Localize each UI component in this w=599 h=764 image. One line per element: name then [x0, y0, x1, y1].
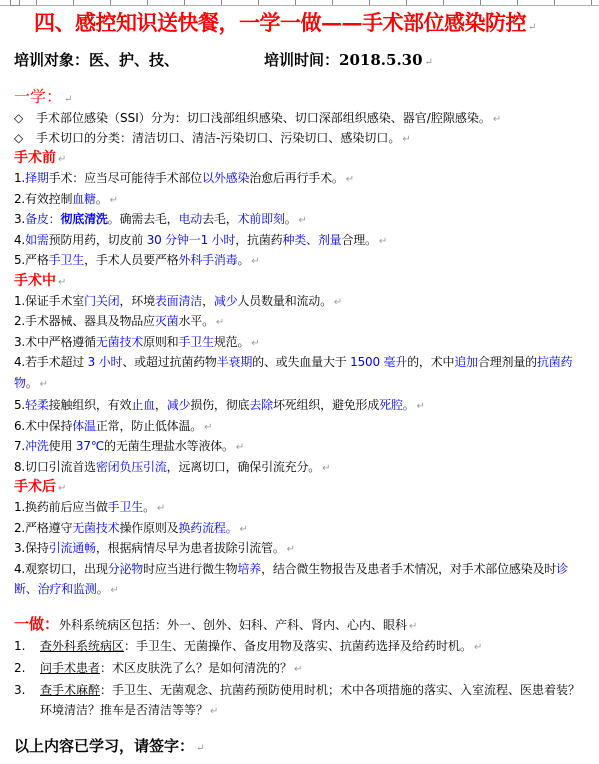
item-text: 治愈后再行手术。 — [249, 171, 343, 185]
highlight-text: 备皮： — [25, 212, 60, 226]
highlight-text: 密闭负压引流 — [96, 460, 167, 474]
item-text: ，根据病情尽早为患者拔除引流管。 — [96, 541, 285, 555]
item-text: 接触组织，有效 — [49, 398, 132, 412]
document-page: 四、感控知识送快餐，一学一做——手术部位感染防控↵ 培训对象：医、护、技、培训时… — [14, 8, 594, 758]
highlight-text: 彻底清洗 — [60, 212, 107, 226]
item-text: 坏死组织，避免形成 — [273, 398, 379, 412]
paragraph-mark-icon: ↵ — [110, 195, 118, 206]
item-text: 使用 — [49, 439, 76, 453]
post-op-list: 1.换药前后应当做手卫生。↵2.严格遵守无菌技术操作原则及换药流程。↵3.保持引… — [14, 497, 594, 602]
item-text: ，抗菌药 — [235, 233, 282, 247]
paragraph-mark-icon: ↵ — [210, 706, 218, 717]
do-list: 1.查外科系统病区：手卫生、无菌操作、备皮用物及落实、抗菌药选择及给药时机。↵2… — [14, 636, 594, 722]
item-number: 2. — [14, 658, 40, 680]
highlight-text: 止血 — [131, 398, 155, 412]
intra-op-heading-text: 手术中 — [14, 273, 56, 289]
paragraph-mark-icon: ↵ — [299, 215, 307, 226]
paragraph-mark-icon: ↵ — [402, 134, 410, 145]
item-text: ，手术人员要严格 — [84, 253, 178, 267]
list-item: 4.如需预防用药，切皮前 30 分钟一1 小时，抗菌药种类、剂量合理。↵ — [14, 230, 594, 251]
item-text: 手术：应当尽可能待手术部位 — [49, 171, 202, 185]
highlight-text: 3 小时 — [88, 355, 123, 369]
learn-bullet: ◇手术部位感染（SSI）分为：切口浅部组织感染、切口深部组织感染、器官/腔隙感染… — [14, 108, 594, 128]
item-text: ，结合微生物报告及患者手术情况，对手术部位感染及时 — [261, 562, 556, 576]
item-text: 1.保证手术室 — [14, 294, 84, 308]
item-text: 。 — [285, 212, 297, 226]
item-number: 1. — [14, 636, 40, 658]
item-text: 4.观察切口，出现 — [14, 562, 108, 576]
paragraph-mark-icon: ↵ — [251, 338, 259, 349]
highlight-text: 冲洗 — [25, 439, 49, 453]
pre-op-heading-text: 手术前 — [14, 150, 56, 166]
item-text: 时应当进行微生物 — [143, 562, 237, 576]
highlight-text: 表面清洁 — [155, 294, 202, 308]
item-text: 3.保持 — [14, 541, 49, 555]
highlight-text: 灭菌 — [155, 314, 179, 328]
highlight-text: 1500 毫升 — [350, 355, 407, 369]
signature-prompt: 以上内容已学习，请签字：↵ — [14, 734, 594, 758]
highlight-text: 死腔。 — [379, 398, 414, 412]
item-text: 合理剂量的 — [478, 355, 537, 369]
paragraph-mark-icon: ↵ — [322, 463, 330, 474]
highlight-text: 无菌技术 — [72, 521, 119, 535]
document-title: 四、感控知识送快餐，一学一做——手术部位感染防控↵ — [34, 8, 594, 38]
paragraph-mark-icon: ↵ — [110, 585, 118, 596]
item-text: 1.换药前后应当做 — [14, 500, 108, 514]
item-text: 8.切口引流首选 — [14, 460, 96, 474]
list-item: 5.严格手卫生，手术人员要严格外科手消毒。↵ — [14, 250, 594, 271]
bullet-text: 手术切口的分类：清洁切口、清洁-污染切口、污染切口、感染切口。 — [36, 131, 400, 145]
item-text: ， — [202, 294, 214, 308]
item-text: 7. — [14, 439, 25, 453]
time-label: 培训时间： — [264, 51, 339, 69]
item-text: 原则和 — [143, 335, 178, 349]
item-text: 。确需去毛， — [108, 212, 179, 226]
highlight-text: 分泌物 — [108, 562, 143, 576]
highlight-text: 减少 — [214, 294, 238, 308]
item-text: ，环境 — [119, 294, 154, 308]
item-text: 2.有效控制 — [14, 192, 72, 206]
list-item: 1.择期手术：应当尽可能待手术部位以外感染治愈后再行手术。↵ — [14, 168, 594, 189]
signature-prompt-text: 以上内容已学习，请签字： — [14, 737, 194, 755]
learn-bullet: ◇手术切口的分类：清洁切口、清洁-污染切口、污染切口、感染切口。↵ — [14, 128, 594, 148]
item-text: 。 — [97, 582, 109, 596]
highlight-text: 术前即刻 — [238, 212, 285, 226]
paragraph-mark-icon: ↵ — [157, 503, 165, 514]
do-list-item: 2.问手术患者：术区皮肤洗了么？是如何清洗的？↵ — [14, 658, 594, 680]
highlight-text: 电动 — [178, 212, 202, 226]
paragraph-mark-icon: ↵ — [196, 743, 204, 754]
highlight-text: 30 分钟一1 小时 — [147, 233, 236, 247]
paragraph-mark-icon: ↵ — [216, 317, 224, 328]
highlight-text: 引流通畅 — [49, 541, 96, 555]
item-text: 2.手术器械、器具及物品应 — [14, 314, 155, 328]
item-text: 人员数量和流动。 — [238, 294, 332, 308]
intra-op-list: 1.保证手术室门关闭，环境表面清洁，减少人员数量和流动。↵2.手术器械、器具及物… — [14, 291, 594, 478]
highlight-text: 换药流程。 — [178, 521, 237, 535]
post-op-heading: 手术后↵ — [14, 477, 594, 497]
item-text: 2.严格遵守 — [14, 521, 72, 535]
item-body: ：手卫生、无菌操作、备皮用物及落实、抗菌药选择及给药时机。 — [124, 639, 472, 653]
item-text: 的，术中 — [407, 355, 454, 369]
list-item: 7.冲洗使用 37℃的无菌生理盐水等液体。↵ — [14, 436, 594, 457]
paragraph-mark-icon: ↵ — [474, 642, 482, 653]
item-text: 。 — [26, 376, 38, 390]
paragraph-mark-icon: ↵ — [287, 544, 295, 555]
paragraph-mark-icon: ↵ — [251, 256, 259, 267]
learn-heading-text: 一学： — [14, 87, 62, 106]
item-text: 5.严格 — [14, 253, 49, 267]
highlight-text: 轻柔 — [25, 398, 49, 412]
highlight-text: 手卫生 — [108, 500, 143, 514]
item-text: 查手术麻醉：手卫生、无菌观念、抗菌药预防使用时机；术中各项措施的落实、入室流程、… — [40, 680, 585, 722]
highlight-text: 门关闭 — [84, 294, 119, 308]
list-item: 3.保持引流通畅，根据病情尽早为患者拔除引流管。↵ — [14, 538, 594, 559]
title-text: 四、感控知识送快餐，一学一做——手术部位感染防控 — [34, 10, 526, 35]
list-item: 1.保证手术室门关闭，环境表面清洁，减少人员数量和流动。↵ — [14, 291, 594, 312]
paragraph-mark-icon: ↵ — [425, 57, 433, 68]
item-text: 规范。 — [214, 335, 249, 349]
item-lead: 查手术麻醉 — [40, 683, 100, 697]
bullet-text: 手术部位感染（SSI）分为：切口浅部组织感染、切口深部组织感染、器官/腔隙感染。 — [36, 111, 491, 125]
highlight-text: 如需 — [25, 233, 49, 247]
highlight-text: 种类、剂量 — [282, 233, 341, 247]
highlight-text: 去除 — [249, 398, 273, 412]
paragraph-mark-icon: ↵ — [409, 621, 417, 632]
item-text: 6.术中保持 — [14, 419, 72, 433]
diamond-bullet-icon: ◇ — [14, 108, 36, 128]
do-heading: 一做：外科系统病区包括：外一、创外、妇科、产科、肾内、心内、眼科↵ — [14, 612, 594, 636]
item-text: 。 — [96, 192, 108, 206]
paragraph-mark-icon: ↵ — [40, 379, 48, 390]
highlight-text: 减少 — [167, 398, 191, 412]
paragraph-mark-icon: ↵ — [528, 22, 536, 33]
paragraph-mark-icon: ↵ — [334, 297, 342, 308]
item-text: 4. — [14, 233, 25, 247]
paragraph-mark-icon: ↵ — [346, 174, 354, 185]
item-text: 合理。 — [341, 233, 376, 247]
learn-heading: 一学：↵ — [14, 86, 594, 108]
pre-op-list: 1.择期手术：应当尽可能待手术部位以外感染治愈后再行手术。↵2.有效控制血糖。↵… — [14, 168, 594, 271]
highlight-text: 体温 — [72, 419, 96, 433]
list-item: 2.有效控制血糖。↵ — [14, 189, 594, 210]
list-item: 1.换药前后应当做手卫生。↵ — [14, 497, 594, 518]
item-number: 3. — [14, 680, 40, 722]
item-text: 3. — [14, 212, 25, 226]
paragraph-mark-icon: ↵ — [236, 442, 244, 453]
list-item: 8.切口引流首选密闭负压引流，远离切口，确保引流充分。↵ — [14, 457, 594, 478]
item-text: 、或超过抗菌药物 — [122, 355, 216, 369]
item-text: 查外科系统病区：手卫生、无菌操作、备皮用物及落实、抗菌药选择及给药时机。↵ — [40, 636, 585, 658]
list-item: 5.轻柔接触组织，有效止血，减少损伤，彻底去除坏死组织，避免形成死腔。↵ — [14, 395, 594, 416]
item-body: ：手卫生、无菌观念、抗菌药预防使用时机；术中各项措施的落实、入室流程、医患着装？… — [40, 683, 580, 717]
paragraph-mark-icon: ↵ — [58, 154, 66, 165]
highlight-text: 外科手消毒 — [178, 253, 237, 267]
highlight-text: 择期 — [25, 171, 49, 185]
item-text: 的无菌生理盐水等液体。 — [104, 439, 234, 453]
paragraph-mark-icon: ↵ — [294, 664, 302, 675]
ruler-corner — [10, 0, 20, 6]
highlight-text: 37℃ — [76, 439, 104, 453]
post-op-heading-text: 手术后 — [14, 479, 56, 495]
list-item: 4.观察切口，出现分泌物时应当进行微生物培养，结合微生物报告及患者手术情况，对手… — [14, 559, 589, 602]
list-item: 3.备皮：彻底清洗。确需去毛，电动去毛，术前即刻。↵ — [14, 209, 594, 230]
pre-op-heading: 手术前↵ — [14, 148, 594, 168]
paragraph-mark-icon: ↵ — [239, 524, 247, 535]
highlight-text: 手卫生 — [49, 253, 84, 267]
highlight-text: 培养 — [237, 562, 261, 576]
item-text: 损伤，彻底 — [190, 398, 249, 412]
highlight-text: 追加 — [454, 355, 478, 369]
do-heading-label: 一做： — [14, 615, 59, 633]
diamond-bullet-icon: ◇ — [14, 128, 36, 148]
item-text: ，远离切口，确保引流充分。 — [167, 460, 320, 474]
highlight-text: 无菌技术 — [96, 335, 143, 349]
list-item: 2.严格遵守无菌技术操作原则及换药流程。↵ — [14, 518, 594, 539]
item-text: 的、或失血量大于 — [252, 355, 350, 369]
item-text: 1. — [14, 171, 25, 185]
paragraph-mark-icon: ↵ — [58, 483, 66, 494]
highlight-text: 血糖 — [72, 192, 96, 206]
highlight-text: 半衰期 — [217, 355, 252, 369]
paragraph-mark-icon: ↵ — [417, 401, 425, 412]
item-body: ：术区皮肤洗了么？是如何清洗的？ — [100, 661, 292, 675]
item-text: 正常，防止低体温。 — [96, 419, 202, 433]
item-text: 3.术中严格遵循 — [14, 335, 96, 349]
list-item: 3.术中严格遵循无菌技术原则和手卫生规范。↵ — [14, 332, 594, 353]
do-list-item: 1.查外科系统病区：手卫生、无菌操作、备皮用物及落实、抗菌药选择及给药时机。↵ — [14, 636, 594, 658]
item-lead: 查外科系统病区 — [40, 639, 124, 653]
item-text: ， — [155, 398, 167, 412]
item-text: 水平。 — [178, 314, 213, 328]
item-text: 操作原则及 — [119, 521, 178, 535]
item-text: 4.若手术超过 — [14, 355, 88, 369]
list-item: 2.手术器械、器具及物品应灭菌水平。↵ — [14, 311, 594, 332]
do-intro: 外科系统病区包括：外一、创外、妇科、产科、肾内、心内、眼科 — [59, 618, 407, 632]
item-text: 。 — [237, 253, 249, 267]
paragraph-mark-icon: ↵ — [58, 277, 66, 288]
paragraph-mark-icon: ↵ — [493, 114, 501, 125]
time-value: 2018.5.30 — [339, 51, 423, 69]
training-meta: 培训对象：医、护、技、培训时间：2018.5.30↵ — [14, 48, 594, 72]
paragraph-mark-icon: ↵ — [379, 236, 387, 247]
item-text: 。 — [143, 500, 155, 514]
item-text: 问手术患者：术区皮肤洗了么？是如何清洗的？↵ — [40, 658, 585, 680]
item-lead: 问手术患者 — [40, 661, 100, 675]
highlight-text: 以外感染 — [202, 171, 249, 185]
list-item: 6.术中保持体温正常，防止低体温。↵ — [14, 416, 594, 437]
item-text: 预防用药，切皮前 — [49, 233, 147, 247]
paragraph-mark-icon: ↵ — [204, 422, 212, 433]
do-list-item: 3.查手术麻醉：手卫生、无菌观念、抗菌药预防使用时机；术中各项措施的落实、入室流… — [14, 680, 594, 722]
paragraph-mark-icon: ↵ — [64, 94, 72, 105]
item-text: 去毛， — [202, 212, 237, 226]
intra-op-heading: 手术中↵ — [14, 271, 594, 291]
ruler — [0, 0, 599, 6]
item-text: 5. — [14, 398, 25, 412]
learn-bullets: ◇手术部位感染（SSI）分为：切口浅部组织感染、切口深部组织感染、器官/腔隙感染… — [14, 108, 594, 148]
audience-label: 培训对象：医、护、技、 — [14, 51, 179, 69]
highlight-text: 手卫生 — [178, 335, 213, 349]
list-item: 4.若手术超过 3 小时、或超过抗菌药物半衰期的、或失血量大于 1500 毫升的… — [14, 352, 589, 395]
